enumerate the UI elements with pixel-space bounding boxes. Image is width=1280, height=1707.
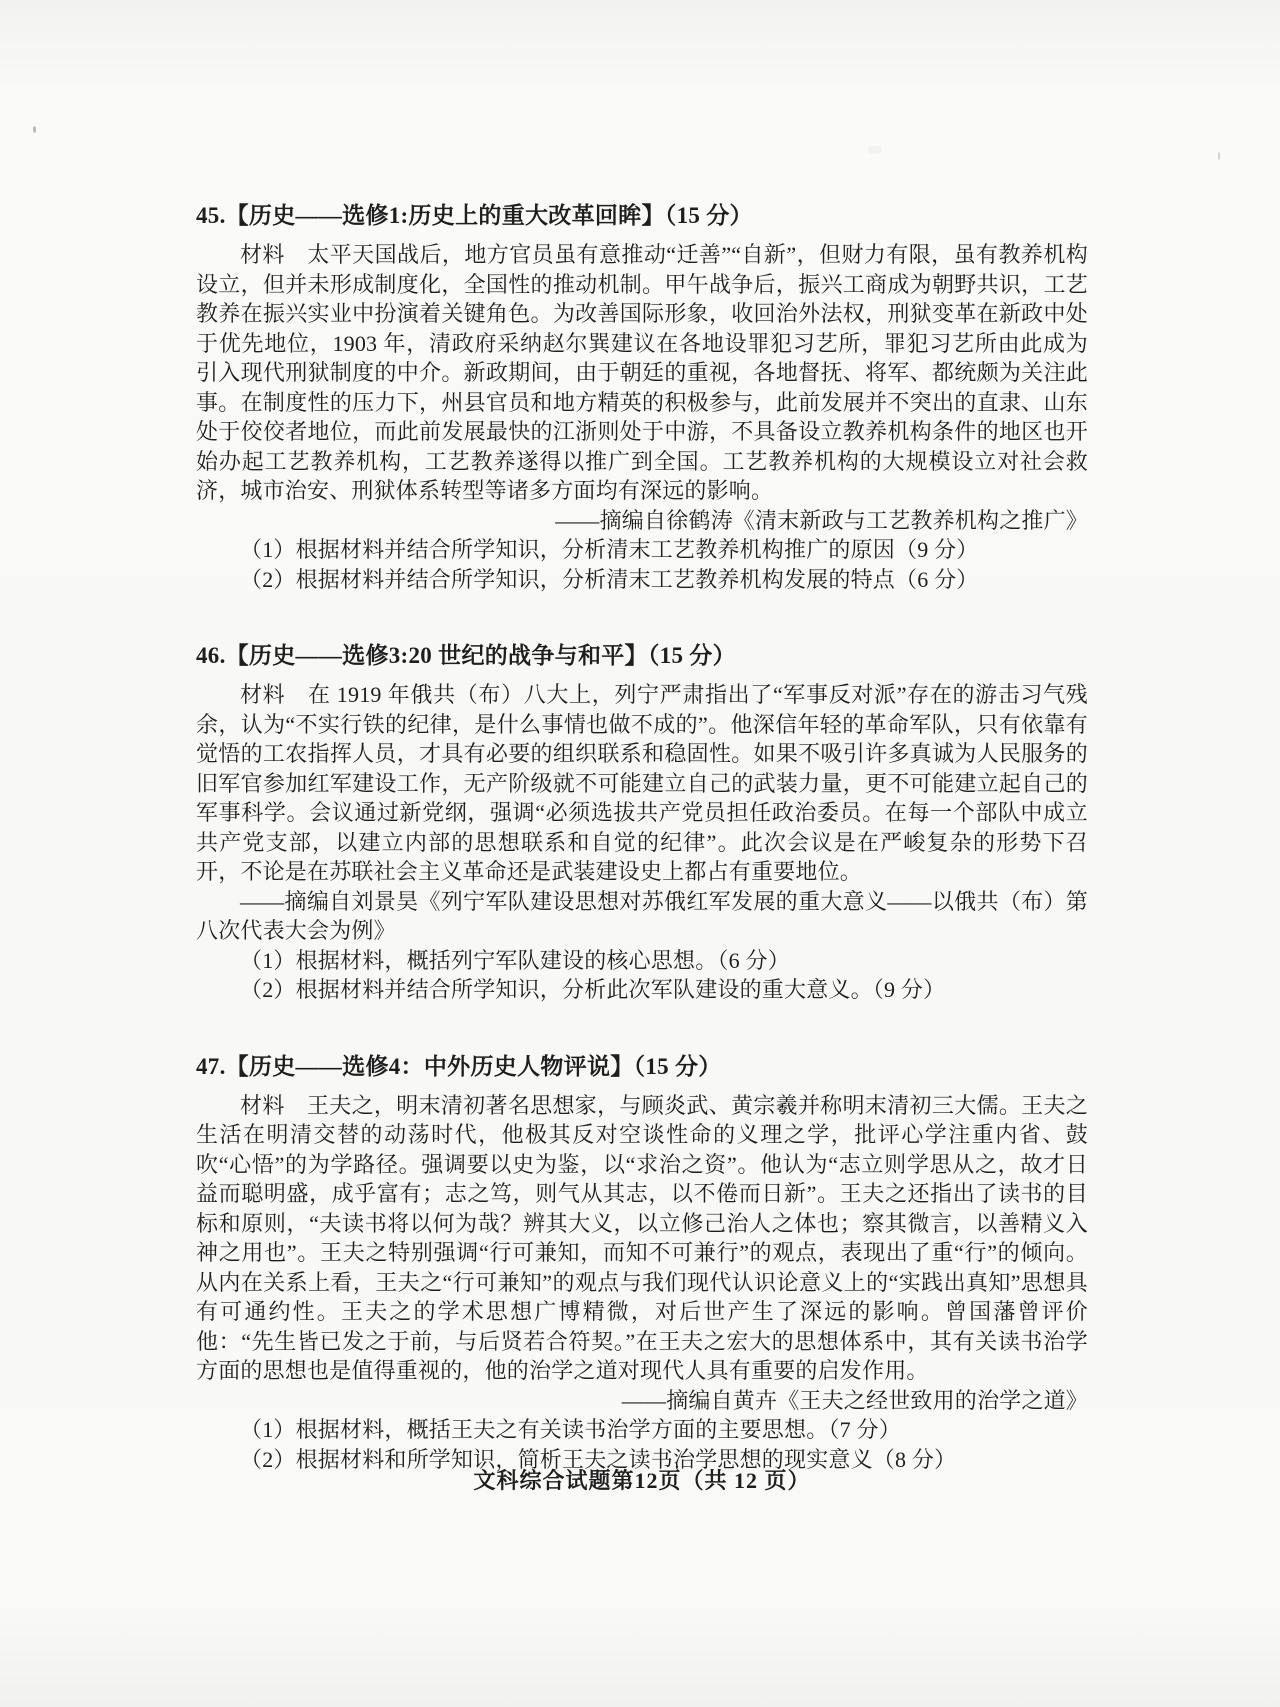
question-45-subquestion-1: （1）根据材料并结合所学知识，分析清末工艺教养机构推广的原因（9 分） <box>196 535 1088 565</box>
question-46-heading: 46.【历史——选修3:20 世纪的战争与和平】（15 分） <box>196 640 1088 672</box>
question-45-material: 材料 太平天国战后，地方官员虽有意推动“迁善”“自新”，但财力有限，虽有教养机构… <box>196 240 1088 506</box>
question-46-attribution: ——摘编自刘景昊《列宁军队建设思想对苏俄红军发展的重大意义——以俄共（布）第八次… <box>196 887 1088 946</box>
exam-content: 45.【历史——选修1:历史上的重大改革回眸】（15 分） 材料 太平天国战后，… <box>196 200 1088 1474</box>
question-47-attribution: ——摘编自黄卉《王夫之经世致用的治学之道》 <box>196 1386 1088 1416</box>
question-47-heading: 47.【历史——选修4：中外历史人物评说】（15 分） <box>196 1051 1088 1083</box>
question-46-subquestion-1: （1）根据材料，概括列宁军队建设的核心思想。（6 分） <box>196 946 1088 976</box>
question-46-subquestion-2: （2）根据材料并结合所学知识，分析此次军队建设的重大意义。（9 分） <box>196 975 1088 1005</box>
exam-page: 45.【历史——选修1:历史上的重大改革回眸】（15 分） 材料 太平天国战后，… <box>0 0 1280 1707</box>
question-45-attribution: ——摘编自徐鹤涛《清末新政与工艺教养机构之推广》 <box>196 506 1088 536</box>
question-46-material: 材料 在 1919 年俄共（布）八大上，列宁严肃指出了“军事反对派”存在的游击习… <box>196 680 1088 887</box>
scan-speck <box>1218 152 1220 160</box>
scan-speck <box>33 126 36 133</box>
question-46: 46.【历史——选修3:20 世纪的战争与和平】（15 分） 材料 在 1919… <box>196 640 1088 1005</box>
question-47: 47.【历史——选修4：中外历史人物评说】（15 分） 材料 王夫之，明末清初著… <box>196 1051 1088 1475</box>
question-45: 45.【历史——选修1:历史上的重大改革回眸】（15 分） 材料 太平天国战后，… <box>196 200 1088 594</box>
question-47-subquestion-1: （1）根据材料，概括王夫之有关读书治学方面的主要思想。（7 分） <box>196 1415 1088 1445</box>
question-47-material: 材料 王夫之，明末清初著名思想家，与顾炎武、黄宗羲并称明末清初三大儒。王夫之生活… <box>196 1091 1088 1386</box>
question-45-subquestion-2: （2）根据材料并结合所学知识，分析清末工艺教养机构发展的特点（6 分） <box>196 565 1088 595</box>
page-footer: 文科综合试题第12页（共 12 页） <box>196 1464 1088 1495</box>
scan-smudge <box>868 146 882 154</box>
question-45-heading: 45.【历史——选修1:历史上的重大改革回眸】（15 分） <box>196 200 1088 232</box>
